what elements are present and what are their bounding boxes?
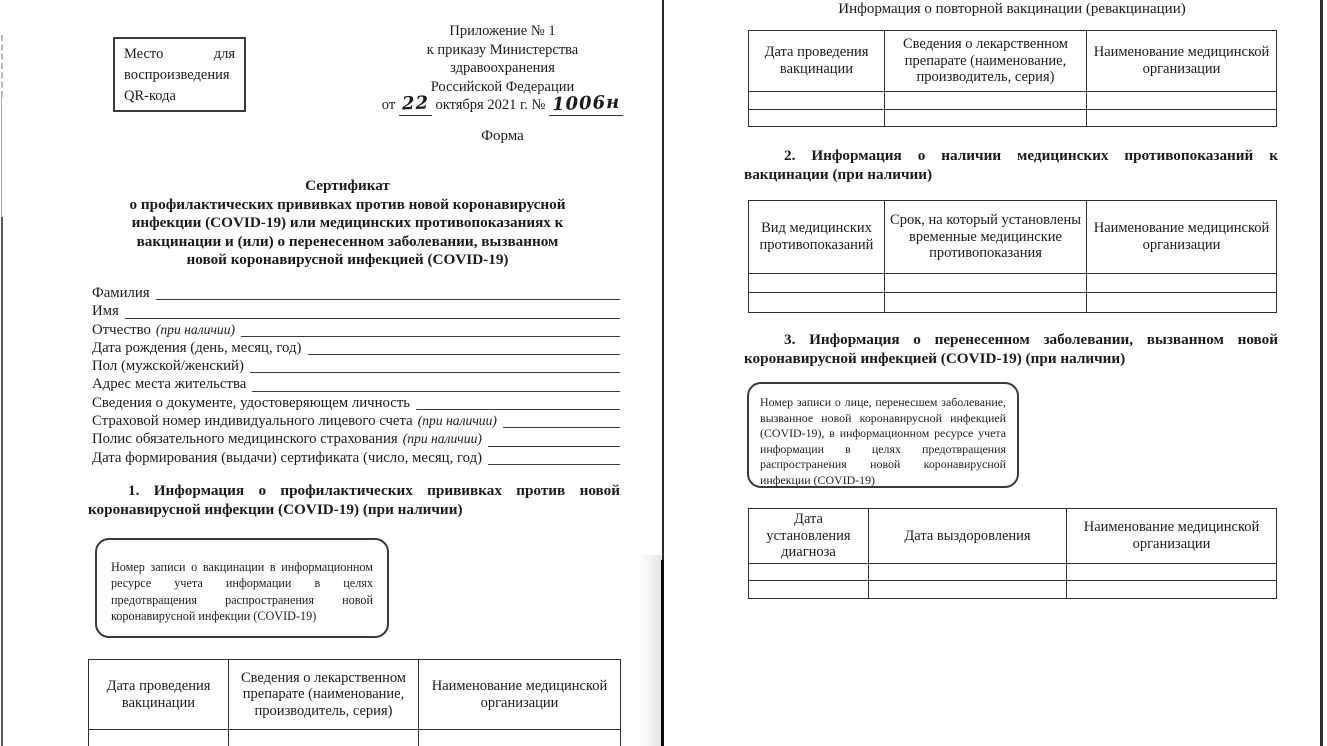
empty-cell <box>869 564 1067 581</box>
vaccination-table: Дата проведения вакцинации Сведения о ле… <box>88 659 621 746</box>
qr-box-text: воспроизведения <box>124 65 235 86</box>
field-underline <box>308 342 621 355</box>
appendix-line: здравоохранения <box>330 59 662 78</box>
field-label: Фамилия <box>92 284 150 302</box>
field-row-patronymic: Отчество (при наличии) <box>92 321 620 339</box>
section-1-heading: 1. Информация о профилактических прививк… <box>88 481 620 519</box>
field-row-insurance-policy: Полис обязательного медицинского страхов… <box>92 430 620 448</box>
field-underline <box>250 360 620 373</box>
table-header-row: Вид медицинских противопоказаний Срок, н… <box>749 201 1277 274</box>
field-label: Сведения о документе, удостоверяющем лич… <box>92 394 410 412</box>
field-row-snils: Страховой номер индивидуального лицевого… <box>92 412 620 430</box>
empty-cell <box>419 730 621 746</box>
column-header: Сведения о лекарственном препарате (наим… <box>229 660 419 730</box>
empty-cell <box>1067 581 1277 599</box>
title-line: Сертификат <box>60 177 635 196</box>
appendix-line: Приложение № 1 <box>330 22 662 41</box>
contraindications-table: Вид медицинских противопоказаний Срок, н… <box>748 200 1277 313</box>
table-row-empty <box>749 564 1277 581</box>
empty-cell <box>885 110 1087 127</box>
column-header: Дата проведения вакцинации <box>749 31 885 92</box>
empty-cell <box>869 581 1067 599</box>
handwritten-date-slot: 22 <box>399 96 432 116</box>
vaccination-record-note-box: Номер записи о вакцинации в информационн… <box>95 538 389 638</box>
page-divider-line-bottom <box>661 560 664 746</box>
revaccination-heading: Информация о повторной вакцинации (ревак… <box>744 1 1280 18</box>
table-row-empty <box>749 110 1277 127</box>
page-edge-right <box>1320 0 1323 746</box>
empty-cell <box>749 110 885 127</box>
table-row-empty <box>749 581 1277 599</box>
qr-box-text: Место <box>124 44 163 65</box>
field-underline <box>125 306 620 319</box>
column-header: Дата проведения вакцинации <box>89 660 229 730</box>
empty-cell <box>1067 564 1277 581</box>
field-label: Дата формирования (выдачи) сертификата (… <box>92 449 482 467</box>
field-row-issue-date: Дата формирования (выдачи) сертификата (… <box>92 449 620 467</box>
empty-cell <box>229 730 419 746</box>
column-header: Наименование медицинской организации <box>1067 509 1277 564</box>
field-underline <box>488 434 620 447</box>
certificate-page-1: Место для воспроизведения QR-кода Прилож… <box>0 0 662 746</box>
column-header: Вид медицинских противопоказаний <box>749 201 885 274</box>
field-label: Пол (мужской/женский) <box>92 357 244 375</box>
field-underline <box>503 415 620 428</box>
field-note: (при наличии) <box>156 321 235 339</box>
empty-cell <box>749 293 885 313</box>
field-row-firstname: Имя <box>92 302 620 320</box>
empty-cell <box>885 293 1087 313</box>
title-line: вакцинации и (или) о перенесенном заболе… <box>60 233 635 252</box>
column-header: Дата выздоровления <box>869 509 1067 564</box>
field-underline <box>252 379 620 392</box>
field-label: Страховой номер индивидуального лицевого… <box>92 412 413 430</box>
handwritten-date: 22 <box>402 98 429 111</box>
field-row-identity-document: Сведения о документе, удостоверяющем лич… <box>92 394 620 412</box>
form-label: Форма <box>330 128 662 145</box>
column-header: Сведения о лекарственном препарате (наим… <box>885 31 1087 92</box>
table-row-empty <box>749 293 1277 313</box>
empty-cell <box>749 581 869 599</box>
empty-cell <box>1087 274 1277 293</box>
field-note: (при наличии) <box>418 412 497 430</box>
field-label: Дата рождения (день, месяц, год) <box>92 339 302 357</box>
empty-cell <box>89 730 229 746</box>
field-row-birthdate: Дата рождения (день, месяц, год) <box>92 339 620 357</box>
table-header-row: Дата проведения вакцинации Сведения о ле… <box>89 660 621 730</box>
column-header: Срок, на который установлены временные м… <box>885 201 1087 274</box>
document-title: Сертификат о профилактических прививках … <box>60 177 635 270</box>
empty-cell <box>749 564 869 581</box>
column-header: Дата установления диагноза <box>749 509 869 564</box>
field-underline <box>241 324 620 337</box>
field-underline <box>156 287 620 300</box>
page-edge-left-dark <box>1 217 3 746</box>
appendix-reference: Приложение № 1 к приказу Министерства зд… <box>330 22 662 116</box>
empty-cell <box>885 92 1087 110</box>
empty-cell <box>749 92 885 110</box>
page-edge-left-thin <box>1 97 2 217</box>
table-header-row: Дата проведения вакцинации Сведения о ле… <box>749 31 1277 92</box>
field-note: (при наличии) <box>403 430 482 448</box>
appendix-date-line: от 22 октября 2021 г. № 1006н <box>330 96 662 116</box>
handwritten-order-number: 1006н <box>552 97 621 111</box>
qr-box-text: QR-кода <box>124 86 235 107</box>
field-label: Имя <box>92 302 119 320</box>
column-header: Наименование медицинской организации <box>1087 31 1277 92</box>
revaccination-table: Дата проведения вакцинации Сведения о ле… <box>748 30 1277 127</box>
section-3-heading: 3. Информация о перенесенном заболевании… <box>744 330 1278 368</box>
field-label: Полис обязательного медицинского страхов… <box>92 430 398 448</box>
date-prefix: от <box>382 97 395 113</box>
date-suffix: октября 2021 г. № <box>435 97 545 113</box>
field-label: Адрес места жительства <box>92 375 246 393</box>
title-line: о профилактических прививках против ново… <box>60 196 635 215</box>
scanned-certificate-document: Место для воспроизведения QR-кода Прилож… <box>0 0 1327 746</box>
illness-record-note-box: Номер записи о лице, перенесшем заболева… <box>747 382 1019 488</box>
field-underline <box>416 397 620 410</box>
empty-cell <box>1087 92 1277 110</box>
field-row-surname: Фамилия <box>92 284 620 302</box>
qr-box-text: для <box>214 44 235 65</box>
column-header: Наименование медицинской организации <box>419 660 621 730</box>
page-fold-shadow <box>638 555 662 746</box>
field-row-address: Адрес места жительства <box>92 375 620 393</box>
field-row-sex: Пол (мужской/женский) <box>92 357 620 375</box>
certificate-page-2: Информация о повторной вакцинации (ревак… <box>664 0 1320 746</box>
empty-cell <box>885 274 1087 293</box>
title-line: инфекции (COVID-19) или медицинских прот… <box>60 214 635 233</box>
page-edge-left-dashed <box>1 35 3 97</box>
illness-table: Дата установления диагноза Дата выздоров… <box>748 508 1277 599</box>
table-header-row: Дата установления диагноза Дата выздоров… <box>749 509 1277 564</box>
column-header: Наименование медицинской организации <box>1087 201 1277 274</box>
qr-placeholder-box: Место для воспроизведения QR-кода <box>113 37 246 112</box>
field-underline <box>488 452 620 465</box>
handwritten-number-slot: 1006н <box>549 96 623 116</box>
empty-cell <box>1087 110 1277 127</box>
qr-box-line: Место для <box>124 44 235 65</box>
empty-cell <box>1087 293 1277 313</box>
section-2-heading: 2. Информация о наличии медицинских прот… <box>744 146 1278 184</box>
table-row-empty <box>749 274 1277 293</box>
title-line: новой коронавирусной инфекцией (COVID-19… <box>60 251 635 270</box>
table-row-empty <box>749 92 1277 110</box>
personal-data-fields: Фамилия Имя Отчество (при наличии) Дата … <box>92 284 620 467</box>
empty-cell <box>749 274 885 293</box>
table-row-empty <box>89 730 621 746</box>
appendix-line: к приказу Министерства <box>330 41 662 60</box>
field-label: Отчество <box>92 321 151 339</box>
